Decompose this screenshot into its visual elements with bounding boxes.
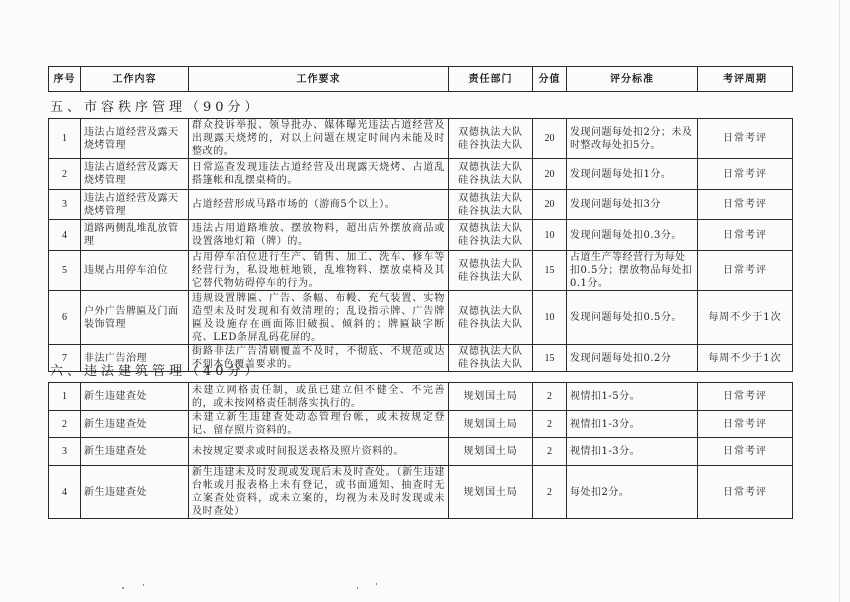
col-header-standard: 评分标准 [567, 67, 698, 92]
work-content-cell: 新生违建查处 [81, 438, 189, 466]
work-content-cell: 新生违建查处 [81, 383, 189, 411]
score-cell: 2 [533, 466, 567, 519]
score-cell: 20 [533, 159, 567, 190]
table-illegal-building: 1新生违建查处未建立网格责任制，或虽已建立但不健全、不完善的，或未按网格责任制落… [48, 382, 793, 519]
work-content-cell: 道路两侧乱堆乱放管理 [81, 220, 189, 251]
table-row: 3新生违建查处未按规定要求或时间报送表格及照片资料的。规划国土局2视情扣1-3分… [49, 438, 793, 466]
department-cell: 双德执法大队硅谷执法大队 [449, 220, 533, 251]
requirement-cell: 未按规定要求或时间报送表格及照片资料的。 [189, 438, 449, 466]
work-content-cell: 违法占道经营及露天烧烤管理 [81, 159, 189, 190]
scoring-standard-cell: 发现问题每处扣0.2分 [567, 345, 698, 372]
requirement-cell: 日常巡查发现违法占道经营及出现露天烧烤、占道乱搭篷帐和乱摆桌椅的。 [189, 159, 449, 190]
scoring-standard-cell: 发现问题每处扣3分 [567, 190, 698, 220]
review-cycle-cell: 日常考评 [698, 159, 793, 190]
table-row: 4道路两侧乱堆乱放管理违法占用道路堆放、摆放物料，超出店外摆放商品或设置落地灯箱… [49, 220, 793, 251]
review-cycle-cell: 日常考评 [698, 220, 793, 251]
col-header-score: 分值 [533, 67, 567, 92]
department-cell: 规划国土局 [449, 411, 533, 438]
requirement-cell: 群众投诉举报、领导批办、媒体曝光违法占道经营及出现露天烧烤的，对以上问题在规定时… [189, 119, 449, 159]
score-cell: 10 [533, 291, 567, 345]
row-number: 1 [49, 119, 81, 159]
department-cell: 双德执法大队硅谷执法大队 [449, 251, 533, 291]
row-number: 6 [49, 291, 81, 345]
table-row: 4新生违建查处新生违建未及时发现或发现后未及时查处。（新生违建台帐或月报表格上未… [49, 466, 793, 519]
scoring-standard-cell: 视情扣1-3分。 [567, 438, 698, 466]
section-title-city-order: 五、市容秩序管理（90分） [50, 96, 262, 115]
score-cell: 2 [533, 383, 567, 411]
review-cycle-cell: 每周不少于1次 [698, 291, 793, 345]
scoring-standard-cell: 每处扣2分。 [567, 466, 698, 519]
department-cell: 规划国土局 [449, 466, 533, 519]
requirement-cell: 占道经营形成马路市场的（游商5个以上）。 [189, 190, 449, 220]
row-number: 5 [49, 251, 81, 291]
row-number: 3 [49, 190, 81, 220]
scan-speck [376, 583, 377, 585]
table-header: 序号 工作内容 工作要求 责任部门 分值 评分标准 考评周期 [48, 66, 793, 92]
row-number: 4 [49, 220, 81, 251]
work-content-cell: 违法占道经营及露天烧烤管理 [81, 119, 189, 159]
work-content-cell: 户外广告牌匾及门面装饰管理 [81, 291, 189, 345]
section-title-illegal-building: 六、违法建筑管理（40分） [50, 360, 262, 379]
row-number: 1 [49, 383, 81, 411]
table-city-order: 1违法占道经营及露天烧烤管理群众投诉举报、领导批办、媒体曝光违法占道经营及出现露… [48, 118, 793, 372]
department-cell: 双德执法大队硅谷执法大队 [449, 119, 533, 159]
work-content-cell: 违规占用停车泊位 [81, 251, 189, 291]
row-number: 2 [49, 411, 81, 438]
table-row: 1违法占道经营及露天烧烤管理群众投诉举报、领导批办、媒体曝光违法占道经营及出现露… [49, 119, 793, 159]
work-content-cell: 新生违建查处 [81, 466, 189, 519]
requirement-cell: 未建立网格责任制，或虽已建立但不健全、不完善的，或未按网格责任制落实执行的。 [189, 383, 449, 411]
review-cycle-cell: 日常考评 [698, 438, 793, 466]
table-row: 2新生违建查处未建立新生违建查处动态管理台帐，或未按规定登记、留存照片资料的。规… [49, 411, 793, 438]
score-cell: 20 [533, 119, 567, 159]
review-cycle-cell: 日常考评 [698, 190, 793, 220]
scan-speck [122, 587, 124, 589]
review-cycle-cell: 每周不少于1次 [698, 345, 793, 372]
department-cell: 双德执法大队硅谷执法大队 [449, 159, 533, 190]
col-header-dept: 责任部门 [449, 67, 533, 92]
table-row: 3违法占道经营及露天烧烤管理占道经营形成马路市场的（游商5个以上）。双德执法大队… [49, 190, 793, 220]
scoring-standard-cell: 视情扣1-3分。 [567, 411, 698, 438]
score-cell: 20 [533, 190, 567, 220]
row-number: 3 [49, 438, 81, 466]
requirement-cell: 违法占用道路堆放、摆放物料，超出店外摆放商品或设置落地灯箱（牌）的。 [189, 220, 449, 251]
scan-speck [357, 587, 358, 589]
scoring-standard-cell: 发现问题每处扣2分；未及时整改每处扣5分。 [567, 119, 698, 159]
scoring-standard-cell: 发现问题每处扣0.5分。 [567, 291, 698, 345]
review-cycle-cell: 日常考评 [698, 119, 793, 159]
review-cycle-cell: 日常考评 [698, 383, 793, 411]
work-content-cell: 新生违建查处 [81, 411, 189, 438]
scoring-standard-cell: 占道生产等经营行为每处扣0.5分；摆放物品每处扣0.1分。 [567, 251, 698, 291]
department-cell: 双德执法大队硅谷执法大队 [449, 291, 533, 345]
scoring-standard-cell: 发现问题每处扣0.3分。 [567, 220, 698, 251]
score-cell: 15 [533, 345, 567, 372]
review-cycle-cell: 日常考评 [698, 411, 793, 438]
scanned-document-page: 序号 工作内容 工作要求 责任部门 分值 评分标准 考评周期 五、市容秩序管理（… [0, 0, 850, 602]
scan-speck [143, 584, 144, 586]
requirement-cell: 占用停车泊位进行生产、销售、加工、洗车、修车等经营行为，私设地桩地锁，乱堆物料、… [189, 251, 449, 291]
score-cell: 15 [533, 251, 567, 291]
work-content-cell: 违法占道经营及露天烧烤管理 [81, 190, 189, 220]
score-cell: 2 [533, 438, 567, 466]
score-cell: 10 [533, 220, 567, 251]
scoring-standard-cell: 发现问题每处扣1分。 [567, 159, 698, 190]
col-header-content: 工作内容 [81, 67, 189, 92]
table-row: 6户外广告牌匾及门面装饰管理违规设置牌匾、广告、条幅、布幔、充气装置、实物造型未… [49, 291, 793, 345]
requirement-cell: 新生违建未及时发现或发现后未及时查处。（新生违建台帐或月报表格上未有登记，或书面… [189, 466, 449, 519]
col-header-requirement: 工作要求 [189, 67, 449, 92]
requirement-cell: 未建立新生违建查处动态管理台帐，或未按规定登记、留存照片资料的。 [189, 411, 449, 438]
table-row: 1新生违建查处未建立网格责任制，或虽已建立但不健全、不完善的，或未按网格责任制落… [49, 383, 793, 411]
table-row: 2违法占道经营及露天烧烤管理日常巡查发现违法占道经营及出现露天烧烤、占道乱搭篷帐… [49, 159, 793, 190]
department-cell: 规划国土局 [449, 438, 533, 466]
scoring-standard-cell: 视情扣1-5分。 [567, 383, 698, 411]
col-header-cycle: 考评周期 [698, 67, 793, 92]
col-header-no: 序号 [49, 67, 81, 92]
department-cell: 规划国土局 [449, 383, 533, 411]
header-row: 序号 工作内容 工作要求 责任部门 分值 评分标准 考评周期 [49, 67, 793, 92]
review-cycle-cell: 日常考评 [698, 251, 793, 291]
department-cell: 双德执法大队硅谷执法大队 [449, 345, 533, 372]
row-number: 2 [49, 159, 81, 190]
row-number: 4 [49, 466, 81, 519]
department-cell: 双德执法大队硅谷执法大队 [449, 190, 533, 220]
page-edge-shadow [839, 0, 840, 602]
score-cell: 2 [533, 411, 567, 438]
review-cycle-cell: 日常考评 [698, 466, 793, 519]
table-row: 5违规占用停车泊位占用停车泊位进行生产、销售、加工、洗车、修车等经营行为，私设地… [49, 251, 793, 291]
requirement-cell: 违规设置牌匾、广告、条幅、布幔、充气装置、实物造型未及时发现和有效清理的；乱设指… [189, 291, 449, 345]
